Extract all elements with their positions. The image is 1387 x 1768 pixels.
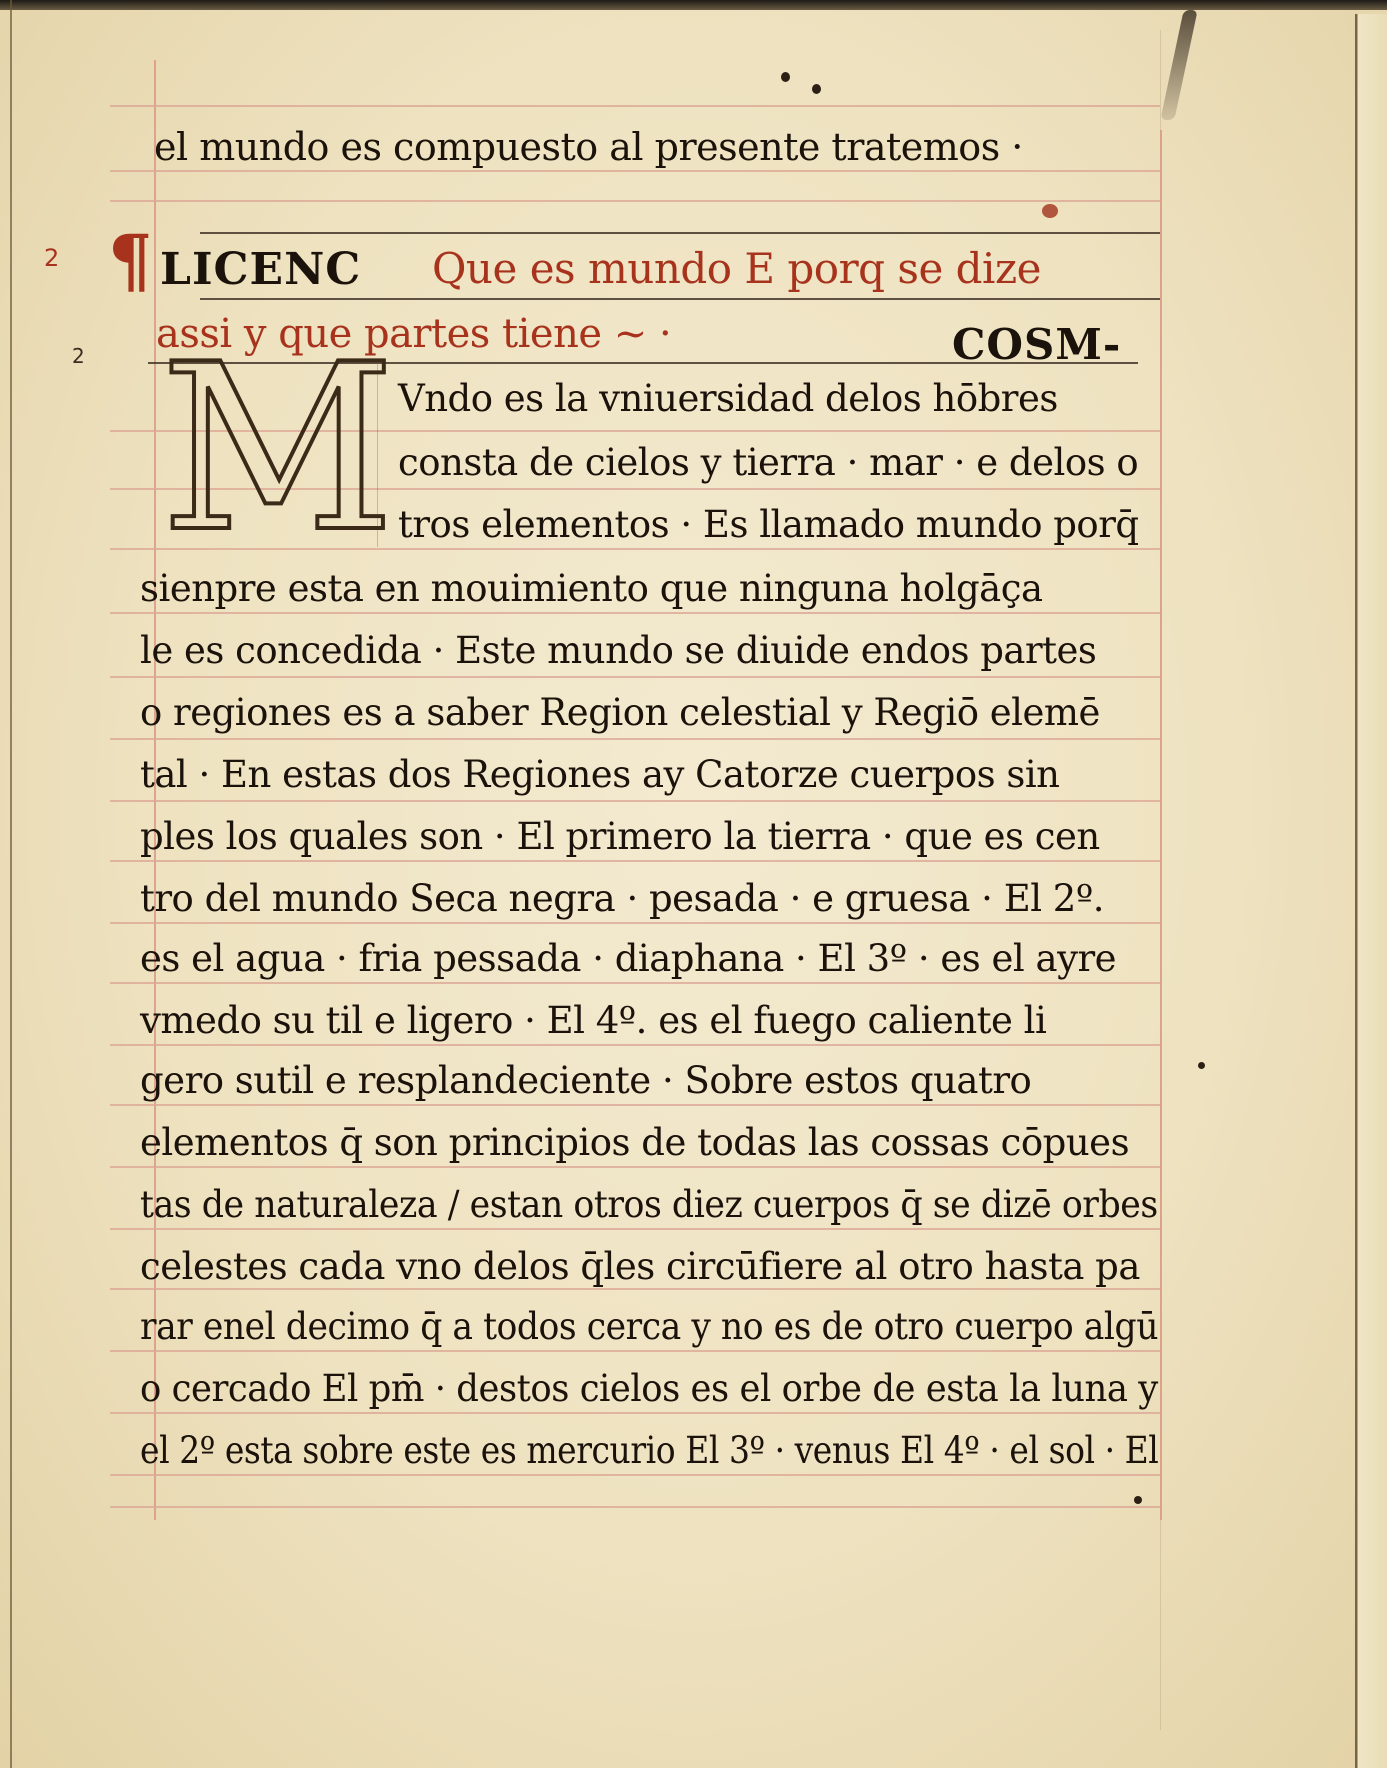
manuscript-page: 2 2 el mundo es compuesto al presente tr… — [0, 0, 1387, 1768]
ruling-line — [110, 200, 1160, 202]
ruling-line — [110, 1350, 1160, 1352]
text-line: el 2º esta sobre este es mercurio El 3º … — [140, 1432, 1158, 1469]
text-line-top: el mundo es compuesto al presente tratem… — [154, 128, 1023, 166]
ruling-line — [110, 1506, 1160, 1508]
ruling-line — [110, 612, 1160, 614]
chapter-label: LICENC — [160, 248, 361, 292]
decorated-initial-M: M — [160, 352, 375, 547]
ruling-line — [110, 1288, 1160, 1290]
text-line: Vndo es la vniuersidad delos hōbres — [398, 380, 1058, 417]
ruling-line — [110, 1104, 1160, 1106]
page-fold-edge — [1355, 14, 1387, 1768]
margin-chapter-number: 2 — [72, 344, 85, 368]
ruling-line — [110, 860, 1160, 862]
ruling-right-vertical — [1160, 130, 1162, 1520]
heading-rule — [200, 232, 1160, 234]
text-line: rar enel decimo q̄ a todos cerca y no es… — [140, 1308, 1158, 1345]
rubric-heading-line-1: Que es mundo E porq se dize — [432, 248, 1041, 290]
ruling-line — [110, 1166, 1160, 1168]
text-line: o cercado El pm̄ · destos cielos es el o… — [140, 1370, 1158, 1407]
ruling-line — [110, 800, 1160, 802]
punctus-dot — [1198, 1062, 1205, 1069]
ink-stain — [1160, 10, 1197, 120]
ruling-line — [110, 1228, 1160, 1230]
ruling-line — [110, 1412, 1160, 1414]
page-top-edge — [0, 0, 1387, 10]
blank-lower-margin — [110, 1512, 1160, 1752]
ruling-line — [110, 738, 1160, 740]
margin-chapter-number: 2 — [44, 244, 59, 272]
ruling-line — [110, 1474, 1160, 1476]
text-line: tro del mundo Seca negra · pesada · e gr… — [140, 880, 1104, 917]
text-line: tal · En estas dos Regiones ay Catorze c… — [140, 756, 1060, 793]
text-line: tros elementos · Es llamado mundo porq̄ — [398, 506, 1139, 543]
text-line: elementos q̄ son principios de todas las… — [140, 1124, 1129, 1161]
ruling-line — [110, 982, 1160, 984]
text-line: ples los quales son · El primero la tier… — [140, 818, 1100, 855]
ruling-line — [110, 922, 1160, 924]
text-line: consta de cielos y tierra · mar · e delo… — [398, 444, 1138, 481]
heading-rule — [200, 298, 1160, 300]
text-line: celestes cada vno delos q̄les circūfiere… — [140, 1248, 1140, 1285]
ruling-line — [110, 1044, 1160, 1046]
punctus-dot — [781, 72, 790, 82]
punctus-dot — [812, 84, 821, 94]
ruling-line — [110, 676, 1160, 678]
page-left-edge — [10, 0, 12, 1768]
text-line: le es concedida · Este mundo se diuide e… — [140, 632, 1096, 669]
text-line: es el agua · fria pessada · diaphana · E… — [140, 940, 1116, 977]
red-dot — [1042, 204, 1058, 218]
text-line: sienpre esta en mouimiento que ninguna h… — [140, 570, 1043, 607]
punctus-dot — [1134, 1496, 1142, 1504]
ruling-line — [110, 105, 1160, 107]
text-line: tas de naturaleza / estan otros diez cue… — [140, 1186, 1158, 1223]
text-line: o regiones es a saber Region celestial y… — [140, 694, 1100, 731]
ruling-line — [110, 170, 1160, 172]
pilcrow-icon: ¶ — [108, 226, 153, 296]
heading-trailing-word: COSM- — [952, 324, 1121, 366]
text-line: vmedo su til e ligero · El 4º. es el fue… — [140, 1002, 1046, 1039]
text-line: gero sutil e resplandeciente · Sobre est… — [140, 1062, 1031, 1099]
